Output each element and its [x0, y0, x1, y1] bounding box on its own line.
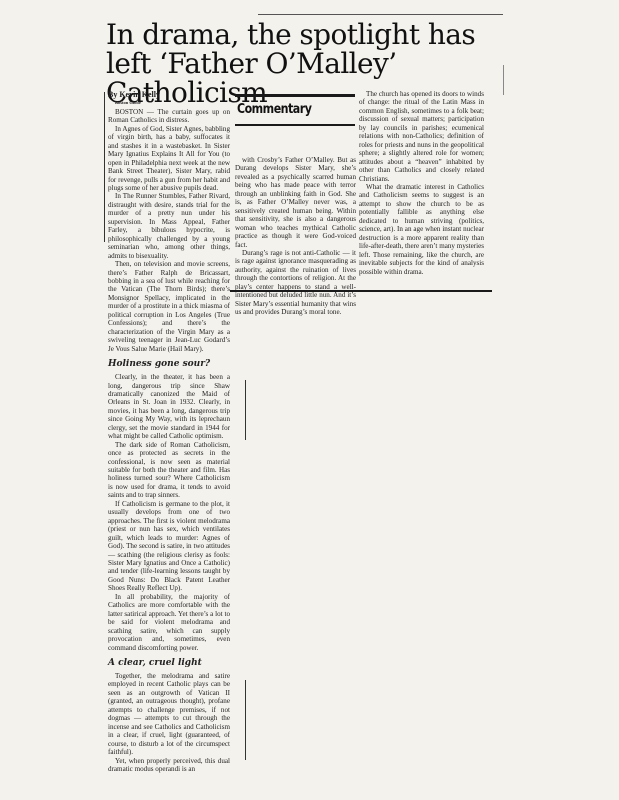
affiliation: Boston Globe — [108, 99, 230, 107]
rule-top — [235, 94, 355, 97]
column-1-body-b: Clearly, in the theater, it has been a l… — [108, 373, 230, 652]
column-1-paragraph: In Agnes of God, Sister Agnes, babbling … — [108, 125, 230, 193]
bottom-rule — [230, 290, 492, 292]
clip-edge-lower — [245, 680, 246, 760]
byline: By Kevin Kelly — [108, 91, 230, 99]
column-1: By Kevin Kelly Boston Globe BOSTON — The… — [108, 91, 230, 773]
column-1b-paragraph: If Catholicism is germane to the plot, i… — [108, 500, 230, 593]
top-rule — [258, 14, 503, 15]
clip-edge-mid — [245, 380, 246, 440]
column-1-paragraph: BOSTON — The curtain goes up on Roman Ca… — [108, 108, 230, 125]
column-1b-paragraph: Clearly, in the theater, it has been a l… — [108, 373, 230, 441]
column-2: with Crosby’s Father O’Malley. But as Du… — [235, 156, 356, 317]
rule-under-label — [235, 124, 355, 126]
section-label: Commentary — [237, 102, 311, 117]
column-1b-paragraph: In all probability, the majority of Cath… — [108, 593, 230, 652]
column-1c-paragraph: Yet, when properly perceived, this dual … — [108, 757, 230, 774]
column-2-paragraph: Durang’s rage is not anti-Catholic — it … — [235, 249, 356, 317]
clip-edge-right — [503, 65, 504, 95]
column-3-body: The church has opened its doors to winds… — [359, 90, 484, 276]
column-1-body: BOSTON — The curtain goes up on Roman Ca… — [108, 108, 230, 353]
column-1b-paragraph: The dark side of Roman Catholicism, once… — [108, 441, 230, 500]
column-1-paragraph: Then, on television and movie screens, t… — [108, 260, 230, 353]
column-3-paragraph: The church has opened its doors to winds… — [359, 90, 484, 183]
column-2-body: with Crosby’s Father O’Malley. But as Du… — [235, 156, 356, 317]
column-3-paragraph: What the dramatic interest in Catholics … — [359, 183, 484, 276]
newspaper-clipping: In drama, the spotlight has left ‘Father… — [0, 0, 619, 800]
commentary-banner: Commentary — [235, 92, 355, 148]
subhead-clear-light: A clear, cruel light — [108, 658, 230, 669]
column-1-paragraph: In The Runner Stumbles, Father Rivard, d… — [108, 192, 230, 260]
clip-edge-left — [104, 92, 105, 242]
column-2-paragraph: with Crosby’s Father O’Malley. But as Du… — [235, 156, 356, 249]
column-1-body-c: Together, the melodrama and satire emplo… — [108, 672, 230, 773]
column-3: The church has opened its doors to winds… — [359, 90, 484, 276]
column-1c-paragraph: Together, the melodrama and satire emplo… — [108, 672, 230, 757]
subhead-holiness: Holiness gone sour? — [108, 359, 230, 370]
